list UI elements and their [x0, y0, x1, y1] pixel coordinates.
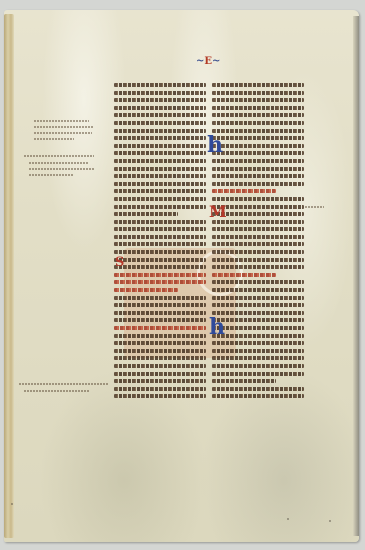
text-line [212, 273, 276, 277]
text-line [114, 197, 206, 201]
marginal-note [34, 126, 94, 128]
text-line [212, 182, 304, 186]
text-line [212, 334, 304, 338]
text-line [212, 303, 304, 307]
initial-h-upper: h [207, 134, 223, 156]
text-line [114, 83, 206, 87]
text-line [212, 372, 304, 376]
text-line [212, 311, 304, 315]
text-line [212, 265, 304, 269]
text-line [114, 174, 206, 178]
marginal-note [29, 162, 89, 164]
text-line [114, 189, 206, 193]
ink-spot [287, 518, 289, 520]
page-edge-shadow [353, 16, 359, 536]
initial-s: S [115, 256, 124, 269]
text-line [212, 280, 304, 284]
text-line [212, 159, 304, 163]
left-column [114, 83, 206, 383]
text-line [114, 106, 206, 110]
text-line [212, 197, 304, 201]
text-line [114, 227, 206, 231]
text-line [114, 326, 206, 330]
text-line [212, 227, 304, 231]
text-line [212, 151, 304, 155]
text-line [212, 394, 304, 398]
text-line [212, 106, 304, 110]
text-line [212, 174, 304, 178]
marginal-note [29, 174, 74, 176]
marginal-note [24, 390, 89, 392]
marginal-note [24, 155, 94, 157]
text-line [114, 379, 206, 383]
text-line [212, 144, 304, 148]
flourish-icon: ~ [212, 56, 220, 67]
text-line [114, 341, 206, 345]
text-line [212, 318, 304, 322]
text-line [114, 136, 206, 140]
text-line [114, 220, 206, 224]
marginal-note [299, 206, 324, 208]
text-line [212, 83, 304, 87]
text-line [212, 356, 304, 360]
text-line [114, 394, 206, 398]
text-line [114, 151, 206, 155]
text-line [114, 364, 206, 368]
text-line [114, 387, 206, 391]
text-line [114, 311, 206, 315]
manuscript-page: ~E~ h M h S illegible at screenshot reso… [4, 10, 359, 542]
text-line [114, 258, 206, 262]
initial-m: M [209, 204, 227, 220]
text-line [212, 242, 304, 246]
ink-spot [329, 520, 331, 522]
text-line [114, 349, 206, 353]
marginal-note [29, 168, 94, 170]
text-line [212, 379, 276, 383]
binding-gutter [4, 14, 14, 538]
text-line [114, 250, 206, 254]
running-head: ~E~ [196, 56, 220, 67]
text-line [212, 98, 304, 102]
marginal-note [34, 138, 74, 140]
text-line [114, 91, 206, 95]
text-line [114, 372, 206, 376]
text-line [114, 98, 206, 102]
marginal-note [34, 132, 92, 134]
text-line [114, 129, 206, 133]
text-line [212, 387, 304, 391]
text-line [114, 212, 178, 216]
text-line [212, 189, 276, 193]
text-line [114, 273, 206, 277]
text-line [114, 288, 178, 292]
text-line [212, 250, 304, 254]
text-line [114, 318, 206, 322]
text-line [114, 334, 206, 338]
text-line [114, 280, 206, 284]
text-line [212, 258, 304, 262]
text-line [212, 235, 304, 239]
marginal-note [34, 120, 89, 122]
initial-h-lower: h [209, 316, 225, 338]
text-line [114, 356, 206, 360]
text-line [212, 296, 304, 300]
text-line [114, 242, 206, 246]
running-head-letter: E [204, 56, 212, 67]
text-line [212, 121, 304, 125]
text-line [212, 167, 304, 171]
text-line [114, 113, 206, 117]
text-line [114, 182, 206, 186]
text-line [114, 205, 206, 209]
text-line [114, 144, 206, 148]
text-line [114, 265, 206, 269]
text-line [212, 113, 304, 117]
text-line [114, 121, 206, 125]
text-line [212, 364, 304, 368]
text-line [114, 296, 206, 300]
text-line [114, 159, 206, 163]
text-line [212, 136, 304, 140]
marginal-note [19, 383, 109, 385]
right-column [212, 83, 304, 383]
legibility-note: illegible at screenshot resolution [4, 10, 5, 11]
ink-spot [11, 503, 13, 505]
text-line [114, 303, 206, 307]
text-line [212, 341, 304, 345]
text-line [114, 235, 206, 239]
text-line [212, 129, 304, 133]
text-line [212, 288, 304, 292]
text-line [212, 91, 304, 95]
text-line [212, 349, 304, 353]
text-line [212, 326, 304, 330]
text-line [114, 167, 206, 171]
